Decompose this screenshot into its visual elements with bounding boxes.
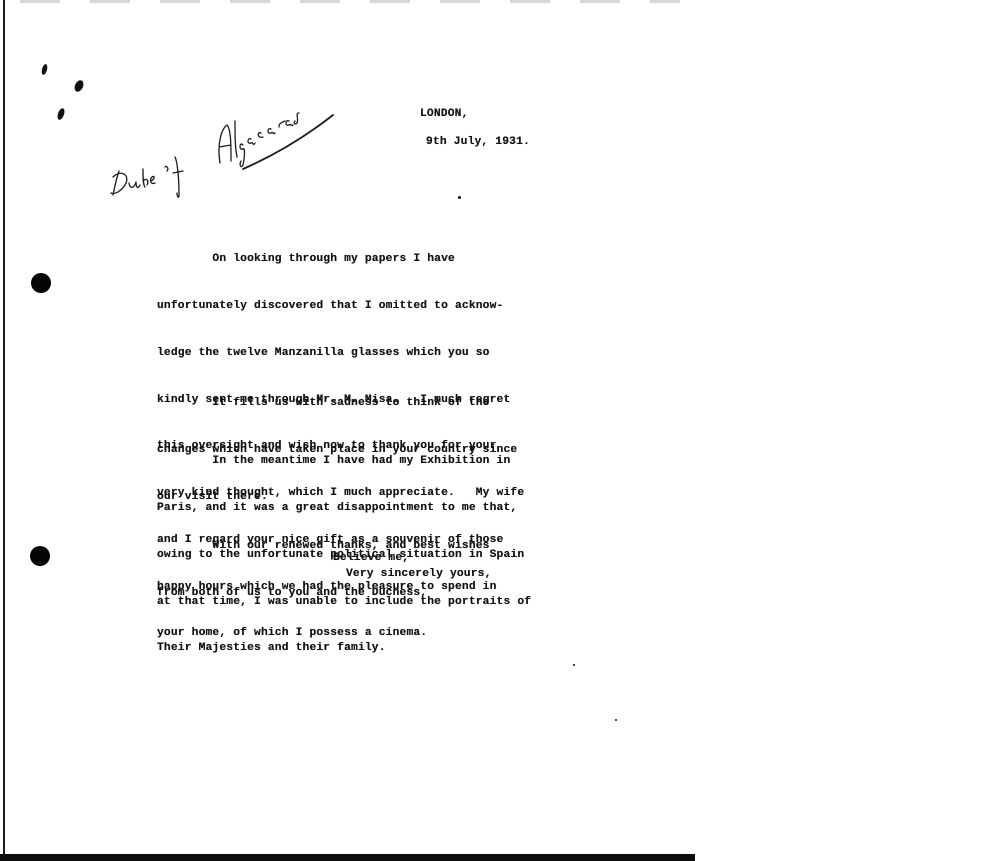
page-bottom-edge (0, 854, 695, 861)
ink-speck (56, 107, 66, 120)
letter-place: LONDON, (420, 107, 469, 123)
punch-hole-lower (30, 546, 50, 566)
paragraph-line: It fills us with sadness to think of the (157, 396, 517, 412)
paragraph-line: Their Majesties and their family. (157, 641, 531, 657)
ink-dot (458, 196, 461, 199)
ink-speck (73, 79, 85, 93)
ink-dot (573, 664, 575, 666)
page-left-edge (3, 0, 5, 858)
scan-artifact-top (20, 0, 680, 3)
letter-page: LONDON, 9th July, 1931. On looking throu… (0, 0, 1000, 861)
ink-dot (615, 719, 617, 721)
paragraph-line: from both of us to you and the Duchess, (157, 586, 490, 602)
paragraph-line: ledge the twelve Manzanilla glasses whic… (157, 346, 524, 362)
paragraph-line: With our renewed thanks, and best wishes (157, 539, 490, 555)
letter-date: 9th July, 1931. (426, 135, 530, 151)
paragraph-line: unfortunately discovered that I omitted … (157, 299, 524, 315)
handwritten-annotation (105, 85, 345, 205)
punch-hole-upper (31, 273, 51, 293)
closing-line-1: Believe me, (333, 551, 409, 567)
paragraph-line: On looking through my papers I have (157, 252, 524, 268)
paragraph-line: In the meantime I have had my Exhibition… (157, 454, 531, 470)
ink-speck (41, 64, 49, 76)
closing-line-2: Very sincerely yours, (346, 567, 492, 583)
